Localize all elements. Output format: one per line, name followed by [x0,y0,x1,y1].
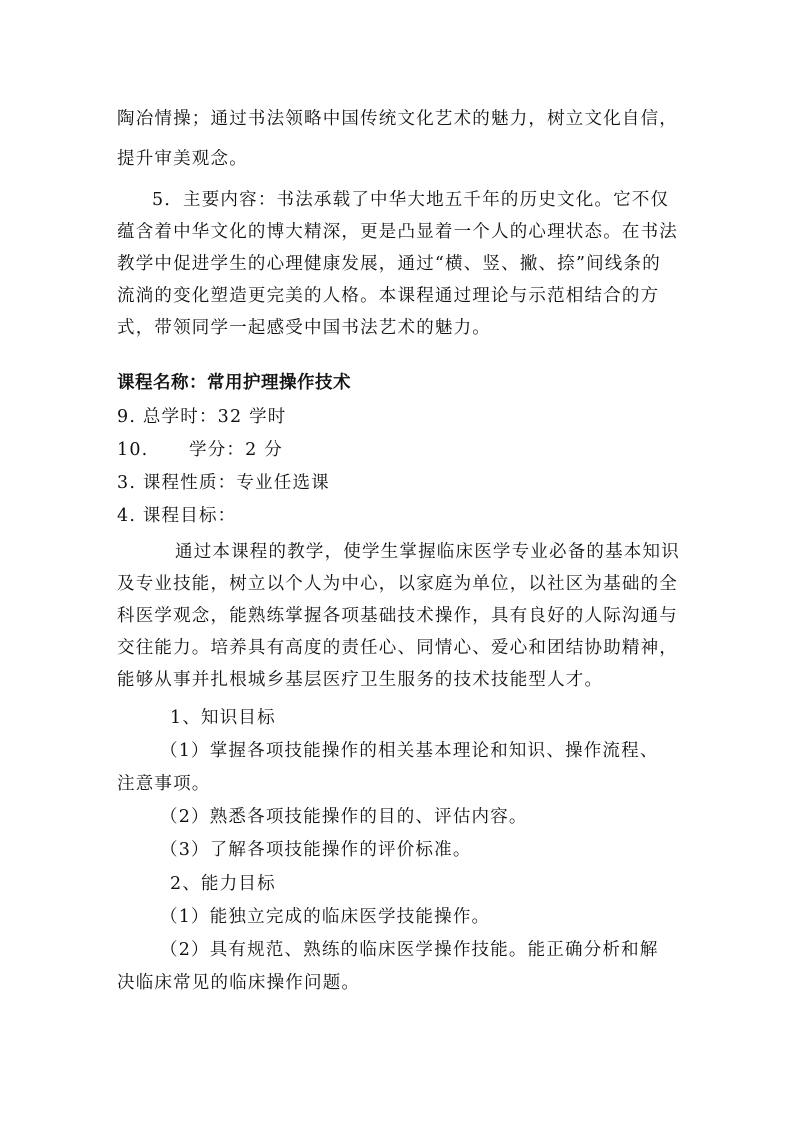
main-content-line: 流淌的变化塑造更完美的人格。本课程通过理论与示范相结合的方 [117,285,659,307]
course-credits: 10. 学分：2 分 [117,439,283,461]
main-content-line: 5．主要内容：书法承载了中华大地五千年的历史文化。它不仅 [152,189,669,211]
main-content-line: 蕴含着中华文化的博大精深，更是凸显着一个人的心理状态。在书法 [117,221,678,243]
objectives-text-line: 能够从事并扎根城乡基层医疗卫生服务的技术技能型人才。 [117,669,603,691]
ability-heading: 2、能力目标 [170,873,276,895]
paragraph-line: 陶冶情操；通过书法领略中国传统文化艺术的魅力，树立文化自信， [117,108,678,130]
knowledge-item: （3）了解各项技能操作的评价标准。 [160,839,472,861]
objectives-text-line: 交往能力。培养具有高度的责任心、同情心、爱心和团结协助精神， [117,637,678,659]
main-content-line: 教学中促进学生的心理健康发展，通过“横、竖、撇、捺”间线条的 [117,253,661,275]
ability-item: （1）能独立完成的临床医学技能操作。 [160,906,490,928]
course-objectives-label: 4. 课程目标： [117,505,236,527]
paragraph-line: 提升审美观念。 [117,148,248,170]
ability-item: 决临床常见的临床操作问题。 [117,972,360,994]
knowledge-heading: 1、知识目标 [170,707,276,729]
knowledge-item: （1）掌握各项技能操作的相关基本理论和知识、操作流程、 [160,740,659,762]
knowledge-item: （2）熟悉各项技能操作的目的、评估内容。 [160,806,528,828]
knowledge-item: 注意事项。 [117,773,211,795]
ability-item: （2）具有规范、熟练的临床医学操作技能。能正确分析和解 [160,939,659,961]
objectives-text-line: 及专业技能，树立以个人为中心，以家庭为单位，以社区为基础的全 [117,573,678,595]
objectives-text-line: 科医学观念，能熟练掌握各项基础技术操作，具有良好的人际沟通与 [117,605,678,627]
course-total-hours: 9. 总学时：32 学时 [117,406,287,428]
main-content-line: 式，带领同学一起感受中国书法艺术的魅力。 [117,317,491,339]
course-nature: 3. 课程性质：专业任选课 [117,472,330,494]
course-title: 课程名称：常用护理操作技术 [117,372,351,394]
objectives-text-line: 通过本课程的教学，使学生掌握临床医学专业必备的基本知识 [175,541,680,563]
